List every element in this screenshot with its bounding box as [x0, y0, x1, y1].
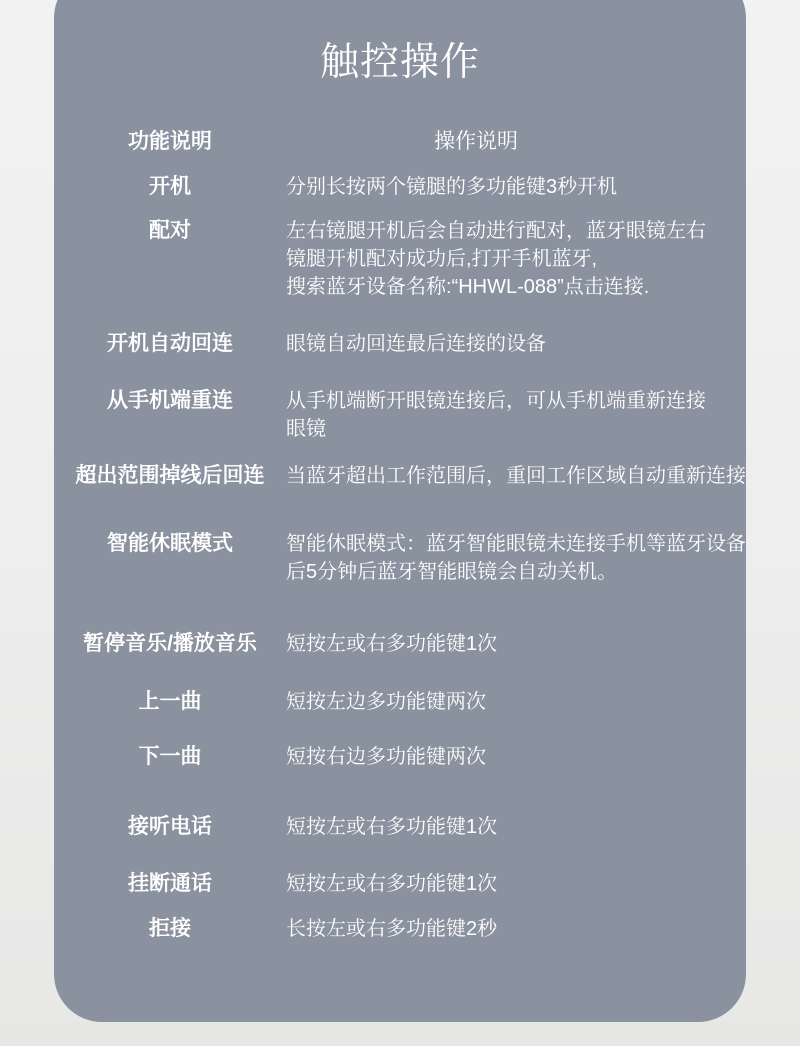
row-desc: 短按左或右多功能键1次 [286, 630, 746, 658]
product-manual-page: 触控操作 功能说明 操作说明 开机 分别长按两个镜腿的多功能键3秒开机 配对 左… [0, 0, 800, 1046]
page-title: 触控操作 [54, 40, 746, 87]
table-row: 挂断通话 短按左或右多功能键1次 [54, 870, 746, 898]
desc-line: 短按左或右多功能键1次 [286, 630, 746, 658]
row-label: 暂停音乐/播放音乐 [54, 630, 286, 658]
row-desc: 长按左或右多功能键2秒 [286, 915, 746, 943]
desc-line: 短按左或右多功能键1次 [286, 813, 746, 841]
table-row: 从手机端重连 从手机端断开眼镜连接后，可从手机端重新连接 眼镜 [54, 387, 746, 443]
row-label: 挂断通话 [54, 870, 286, 898]
desc-line: 短按右边多功能键两次 [286, 743, 746, 771]
table-row: 配对 左右镜腿开机后会自动进行配对，蓝牙眼镜左右 镜腿开机配对成功后,打开手机蓝… [54, 217, 746, 301]
row-label: 从手机端重连 [54, 387, 286, 415]
row-desc: 短按右边多功能键两次 [286, 743, 746, 771]
row-label: 拒接 [54, 915, 286, 943]
desc-line: 镜腿开机配对成功后,打开手机蓝牙, [286, 245, 746, 273]
row-label: 智能休眠模式 [54, 530, 286, 558]
row-desc: 短按左边多功能键两次 [286, 688, 746, 716]
desc-line: 短按左边多功能键两次 [286, 688, 746, 716]
desc-line: 智能休眠模式：蓝牙智能眼镜未连接手机等蓝牙设备 [286, 530, 746, 558]
row-desc: 当蓝牙超出工作范围后，重回工作区域自动重新连接 [286, 462, 746, 490]
table-row: 开机 分别长按两个镜腿的多功能键3秒开机 [54, 173, 746, 201]
desc-line: 长按左或右多功能键2秒 [286, 915, 746, 943]
row-desc: 短按左或右多功能键1次 [286, 813, 746, 841]
column-header-function: 功能说明 [54, 128, 286, 156]
desc-line: 左右镜腿开机后会自动进行配对，蓝牙眼镜左右 [286, 217, 746, 245]
desc-line: 短按左或右多功能键1次 [286, 870, 746, 898]
desc-line: 当蓝牙超出工作范围后，重回工作区域自动重新连接 [286, 462, 746, 490]
row-desc: 从手机端断开眼镜连接后，可从手机端重新连接 眼镜 [286, 387, 746, 443]
table-row: 接听电话 短按左或右多功能键1次 [54, 813, 746, 841]
desc-line: 分别长按两个镜腿的多功能键3秒开机 [286, 173, 746, 201]
row-desc: 分别长按两个镜腿的多功能键3秒开机 [286, 173, 746, 201]
table-row: 开机自动回连 眼镜自动回连最后连接的设备 [54, 330, 746, 358]
row-label: 开机 [54, 173, 286, 201]
row-desc: 智能休眠模式：蓝牙智能眼镜未连接手机等蓝牙设备 后5分钟后蓝牙智能眼镜会自动关机… [286, 530, 746, 586]
desc-line: 后5分钟后蓝牙智能眼镜会自动关机。 [286, 558, 746, 586]
desc-line: 搜索蓝牙设备名称:“HHWL-088”点击连接. [286, 273, 746, 301]
row-desc: 短按左或右多功能键1次 [286, 870, 746, 898]
desc-line: 眼镜自动回连最后连接的设备 [286, 330, 746, 358]
row-desc: 左右镜腿开机后会自动进行配对，蓝牙眼镜左右 镜腿开机配对成功后,打开手机蓝牙, … [286, 217, 746, 301]
row-label: 开机自动回连 [54, 330, 286, 358]
desc-line: 从手机端断开眼镜连接后，可从手机端重新连接 [286, 387, 746, 415]
table-row: 上一曲 短按左边多功能键两次 [54, 688, 746, 716]
row-label: 上一曲 [54, 688, 286, 716]
table-row: 智能休眠模式 智能休眠模式：蓝牙智能眼镜未连接手机等蓝牙设备 后5分钟后蓝牙智能… [54, 530, 746, 586]
row-desc: 眼镜自动回连最后连接的设备 [286, 330, 746, 358]
table-row: 暂停音乐/播放音乐 短按左或右多功能键1次 [54, 630, 746, 658]
row-label: 接听电话 [54, 813, 286, 841]
row-label: 超出范围掉线后回连 [54, 462, 286, 490]
table-header-row: 功能说明 操作说明 [54, 128, 746, 156]
row-label: 下一曲 [54, 743, 286, 771]
table-row: 超出范围掉线后回连 当蓝牙超出工作范围后，重回工作区域自动重新连接 [54, 462, 746, 490]
row-label: 配对 [54, 217, 286, 245]
column-header-operation: 操作说明 [286, 128, 666, 156]
table-row: 下一曲 短按右边多功能键两次 [54, 743, 746, 771]
table-row: 拒接 长按左或右多功能键2秒 [54, 915, 746, 943]
desc-line: 眼镜 [286, 415, 746, 443]
